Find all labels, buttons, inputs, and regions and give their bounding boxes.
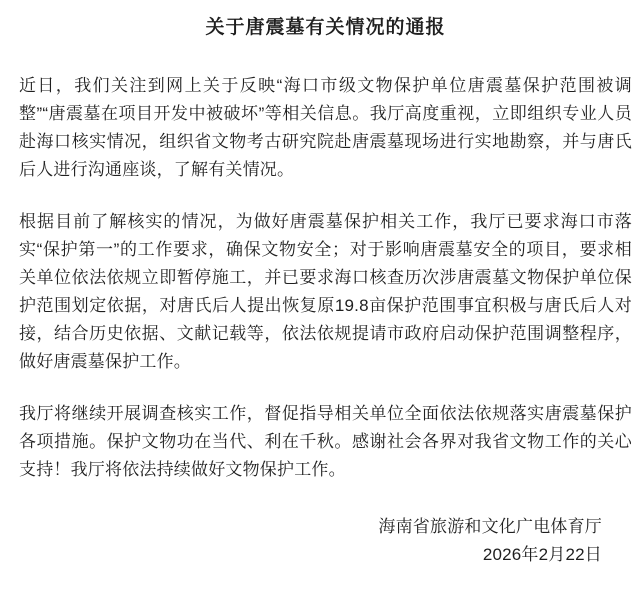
notice-title: 关于唐震墓有关情况的通报: [0, 0, 640, 40]
notice-date: 2026年2月22日: [19, 541, 602, 569]
notice-paragraph-1: 近日，我们关注到网上关于反映“海口市级文物保护单位唐震墓保护范围被调整”“唐震墓…: [19, 72, 632, 184]
notice-paragraph-2: 根据目前了解核实的情况，为做好唐震墓保护相关工作，我厅已要求海口市落实“保护第一…: [19, 208, 632, 376]
notice-body: 近日，我们关注到网上关于反映“海口市级文物保护单位唐震墓保护范围被调整”“唐震墓…: [0, 72, 640, 569]
notice-paragraph-3: 我厅将继续开展调查核实工作，督促指导相关单位全面依法依规落实唐震墓保护各项措施。…: [19, 400, 632, 484]
notice-sign-block: 海南省旅游和文化广电体育厅 2026年2月22日: [19, 513, 632, 569]
notice-signature: 海南省旅游和文化广电体育厅: [19, 513, 602, 541]
notice-document: 关于唐震墓有关情况的通报 近日，我们关注到网上关于反映“海口市级文物保护单位唐震…: [0, 0, 640, 614]
